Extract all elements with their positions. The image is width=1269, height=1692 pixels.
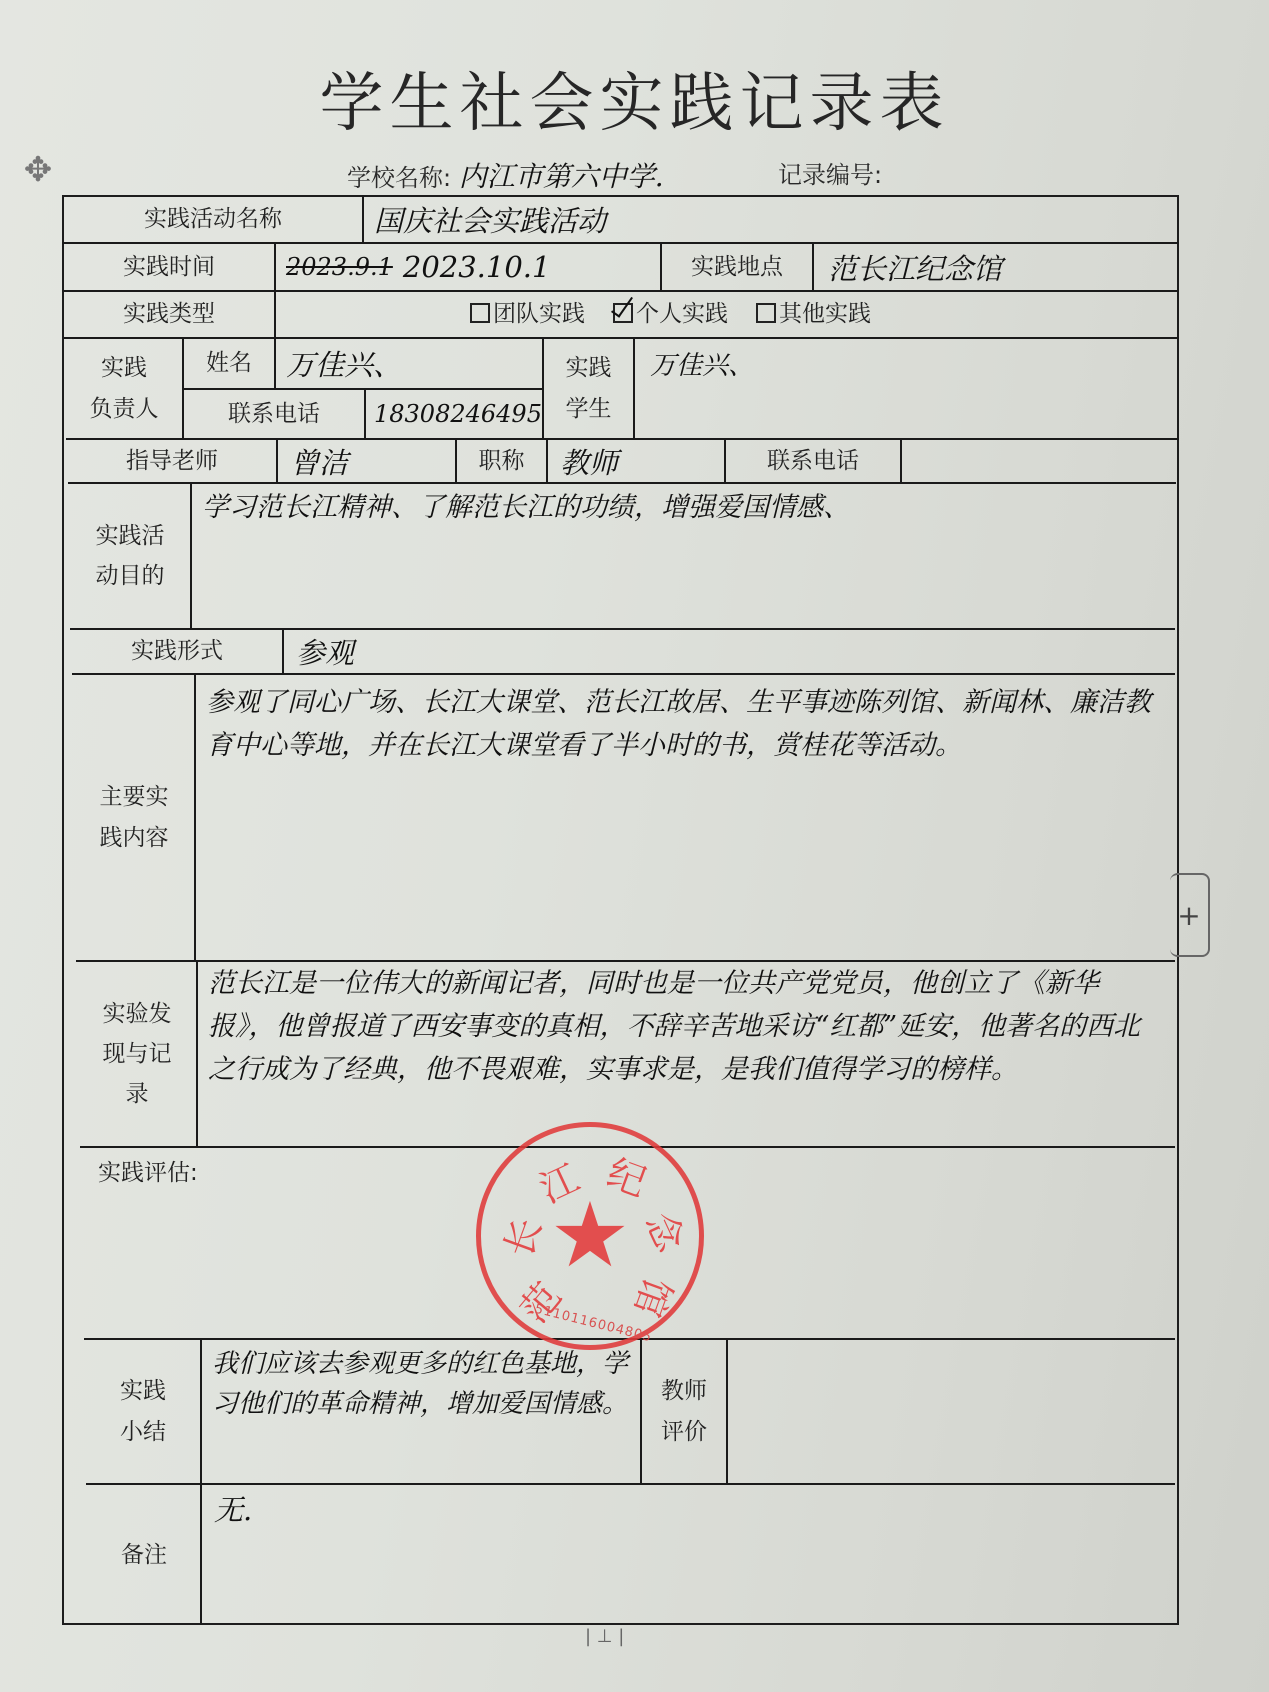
footer-mark: | ⊥ | <box>585 1626 624 1647</box>
student-value[interactable]: 万佳兴、 <box>650 341 1150 386</box>
school-name-value[interactable]: 内江市第六中学. <box>459 160 664 193</box>
time-value: 2023.10.1 <box>403 250 551 284</box>
purpose-label: 实践活动目的 <box>70 484 190 628</box>
phone-label: 联系电话 <box>184 390 364 438</box>
phone-value[interactable]: 18308246495 <box>374 390 540 438</box>
type-option-individual[interactable]: 个人实践 <box>613 294 728 334</box>
seal-char: 念 <box>635 1202 701 1260</box>
remarks-value[interactable]: 无. <box>214 1488 614 1528</box>
checkbox-other[interactable] <box>756 303 776 323</box>
type-label: 实践类型 <box>64 292 274 337</box>
school-name-row: 学校名称: 内江市第六中学. <box>347 155 664 195</box>
seal-char: 长 <box>488 1209 553 1264</box>
add-icon[interactable]: + <box>1170 873 1210 957</box>
purpose-value[interactable]: 学习范长江精神、了解范长江的功绩，增强爱国情感、 <box>202 486 1162 529</box>
place-label: 实践地点 <box>662 244 812 290</box>
activity-name-label: 实践活动名称 <box>64 197 362 242</box>
school-name-label: 学校名称: <box>347 164 451 192</box>
teacher-label: 指导老师 <box>68 440 276 482</box>
teacher-eval-value[interactable] <box>740 1340 1160 1483</box>
remarks-label: 备注 <box>88 1485 200 1625</box>
time-field[interactable]: 2023.9.1 2023.10.1 <box>286 244 658 290</box>
time-struck-value: 2023.9.1 <box>286 253 393 281</box>
name-value[interactable]: 万佳兴、 <box>286 339 536 388</box>
teacher-eval-label: 教师评价 <box>642 1340 726 1483</box>
name-label: 姓名 <box>184 339 274 388</box>
move-handle-icon[interactable]: ✥ <box>18 150 58 190</box>
practice-form-label: 实践形式 <box>72 630 282 673</box>
official-seal: ★ 范 长 江 纪 念 馆 5110116004805 <box>476 1122 704 1350</box>
student-label: 实践学生 <box>544 339 633 438</box>
title-value[interactable]: 教师 <box>560 440 720 482</box>
teacher-value[interactable]: 曾洁 <box>290 440 450 482</box>
record-no-label: 记录编号: <box>778 161 882 189</box>
place-value[interactable]: 范长江纪念馆 <box>828 244 1168 290</box>
content-value[interactable]: 参观了同心广场、长江大课堂、范长江故居、生平事迹陈列馆、新闻林、廉洁教育中心等地… <box>206 681 1164 767</box>
teacher-phone-value[interactable] <box>912 440 1172 482</box>
content-label: 主要实践内容 <box>74 675 194 960</box>
type-option-other[interactable]: 其他实践 <box>756 294 871 334</box>
checkbox-individual[interactable] <box>613 303 633 323</box>
findings-value[interactable]: 范长江是一位伟大的新闻记者，同时也是一位共产党党员，他创立了《新华报》，他曾报道… <box>208 962 1166 1091</box>
evaluation-label: 实践评估: <box>98 1156 198 1190</box>
activity-name-value[interactable]: 国庆社会实践活动 <box>374 197 1164 242</box>
title-label: 职称 <box>457 440 546 482</box>
document-title: 学生社会实践记录表 <box>0 52 1269 144</box>
practice-form-value[interactable]: 参观 <box>296 630 1156 673</box>
checkbox-team[interactable] <box>470 303 490 323</box>
seal-char: 纪 <box>601 1142 656 1207</box>
record-no-row: 记录编号: <box>778 155 882 190</box>
summary-label: 实践小结 <box>86 1340 200 1483</box>
type-options: 团队实践 个人实践 其他实践 <box>470 292 990 337</box>
teacher-phone-label: 联系电话 <box>726 440 900 482</box>
time-label: 实践时间 <box>64 244 274 290</box>
summary-value[interactable]: 我们应该去参观更多的红色基地，学习他们的革命精神，增加爱国情感。 <box>212 1344 632 1424</box>
findings-label: 实验发现与记录 <box>78 962 196 1146</box>
type-option-team[interactable]: 团队实践 <box>470 294 585 334</box>
leader-label: 实践负责人 <box>66 339 182 438</box>
